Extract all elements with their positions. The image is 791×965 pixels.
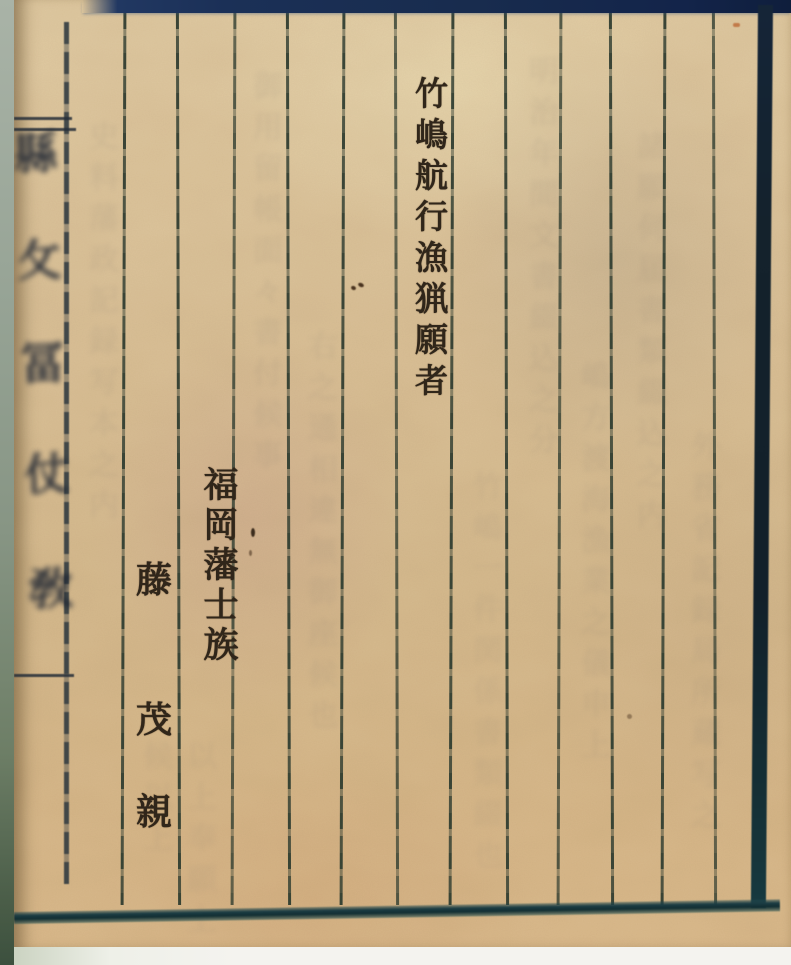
column-rule <box>231 13 236 905</box>
bleedthrough-texture: 竹嶋一件関係書類綴也 <box>462 470 506 880</box>
ink-speck <box>627 714 632 719</box>
spine-glyph: 敎 <box>17 565 75 615</box>
ink-speck <box>357 282 364 288</box>
column-rule <box>286 13 291 905</box>
name-character: 親 <box>134 784 174 835</box>
spine-glyph: 仗 <box>14 450 70 500</box>
manuscript-page: 史料藩政記録写本之内 御用留帳面々書付候事 右之通相違無御座候也 明治年間文書綴… <box>14 0 791 947</box>
ink-speck <box>733 23 740 27</box>
binding-rule-line <box>14 674 74 677</box>
spine-glyph: 縣 <box>14 129 59 179</box>
scanned-document: 史料藩政記録写本之内 御用留帳面々書付候事 右之通相違無御座候也 明治年間文書綴… <box>0 0 791 965</box>
spine-glyph: 攵 <box>14 236 63 286</box>
bleedthrough-texture: 史料藩政記録写本之内 <box>78 120 122 530</box>
name-character: 藤 <box>134 552 174 603</box>
column-rule <box>340 13 345 905</box>
scanner-edge-strip <box>0 0 14 965</box>
frame-border-right <box>751 5 773 908</box>
ink-speck <box>350 285 356 291</box>
paper-texture <box>14 0 791 947</box>
name-character: 茂 <box>134 692 174 743</box>
byline-fukuoka-shizoku: 福岡藩士族 <box>193 466 243 666</box>
frame-border-top <box>82 0 791 13</box>
bleedthrough-texture: 嶋方渡海漁業之儀申上 <box>570 360 614 770</box>
bleedthrough-texture: 外務省記録局所蔵写之 <box>680 430 724 840</box>
column-rule <box>394 13 399 905</box>
ink-speck <box>249 550 252 556</box>
bleedthrough-texture: 右之通相違無御座候也 <box>297 330 341 740</box>
bleedthrough-texture: 御用留帳面々書付候事 <box>242 70 286 480</box>
ink-speck <box>251 528 255 537</box>
spine-glyph: 冨 <box>14 339 67 389</box>
binding-rule-line <box>14 117 72 120</box>
document-title-vertical: 竹嶋航行漁猟願者 <box>405 76 452 404</box>
scanner-background-strip <box>0 947 791 965</box>
bleedthrough-texture: 明治年間文書綴込之分 <box>518 55 562 465</box>
